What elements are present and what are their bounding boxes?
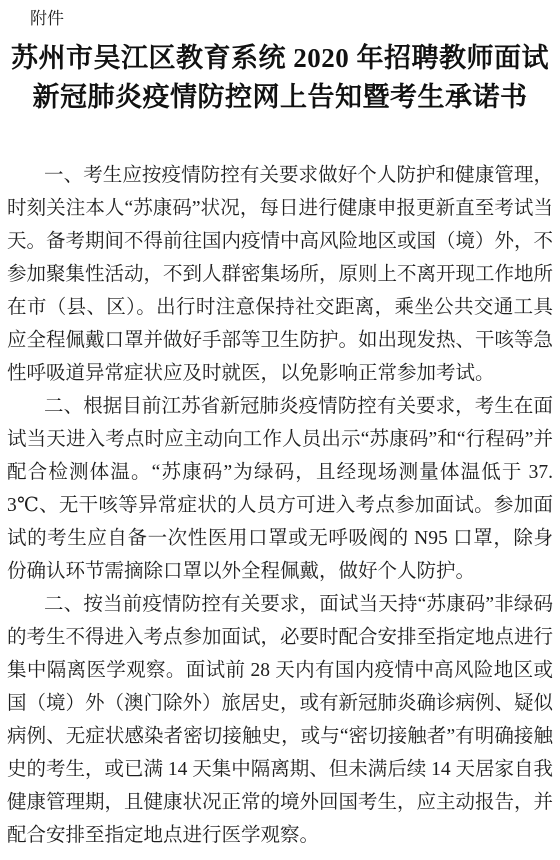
title-line-2: 新冠肺炎疫情防控网上告知暨考生承诺书 [6, 78, 554, 117]
document-body: 一、考生应按疫情防控有关要求做好个人防护和健康管理，时刻关注本人“苏康码”状况，… [7, 159, 553, 852]
paragraph-3: 二、按当前疫情防控有关要求，面试当天持“苏康码”非绿码的考生不得进入考点参加面试… [7, 588, 553, 852]
paragraph-1: 一、考生应按疫情防控有关要求做好个人防护和健康管理，时刻关注本人“苏康码”状况，… [7, 159, 553, 390]
title-line-1: 苏州市吴江区教育系统 2020 年招聘教师面试 [6, 39, 554, 78]
paragraph-2: 二、根据目前江苏省新冠肺炎疫情防控有关要求，考生在面试当天进入考点时应主动向工作… [7, 390, 553, 588]
attachment-label: 附件 [30, 8, 560, 30]
document-title: 苏州市吴江区教育系统 2020 年招聘教师面试 新冠肺炎疫情防控网上告知暨考生承… [6, 39, 554, 117]
document-page: 附件 苏州市吴江区教育系统 2020 年招聘教师面试 新冠肺炎疫情防控网上告知暨… [0, 0, 560, 860]
